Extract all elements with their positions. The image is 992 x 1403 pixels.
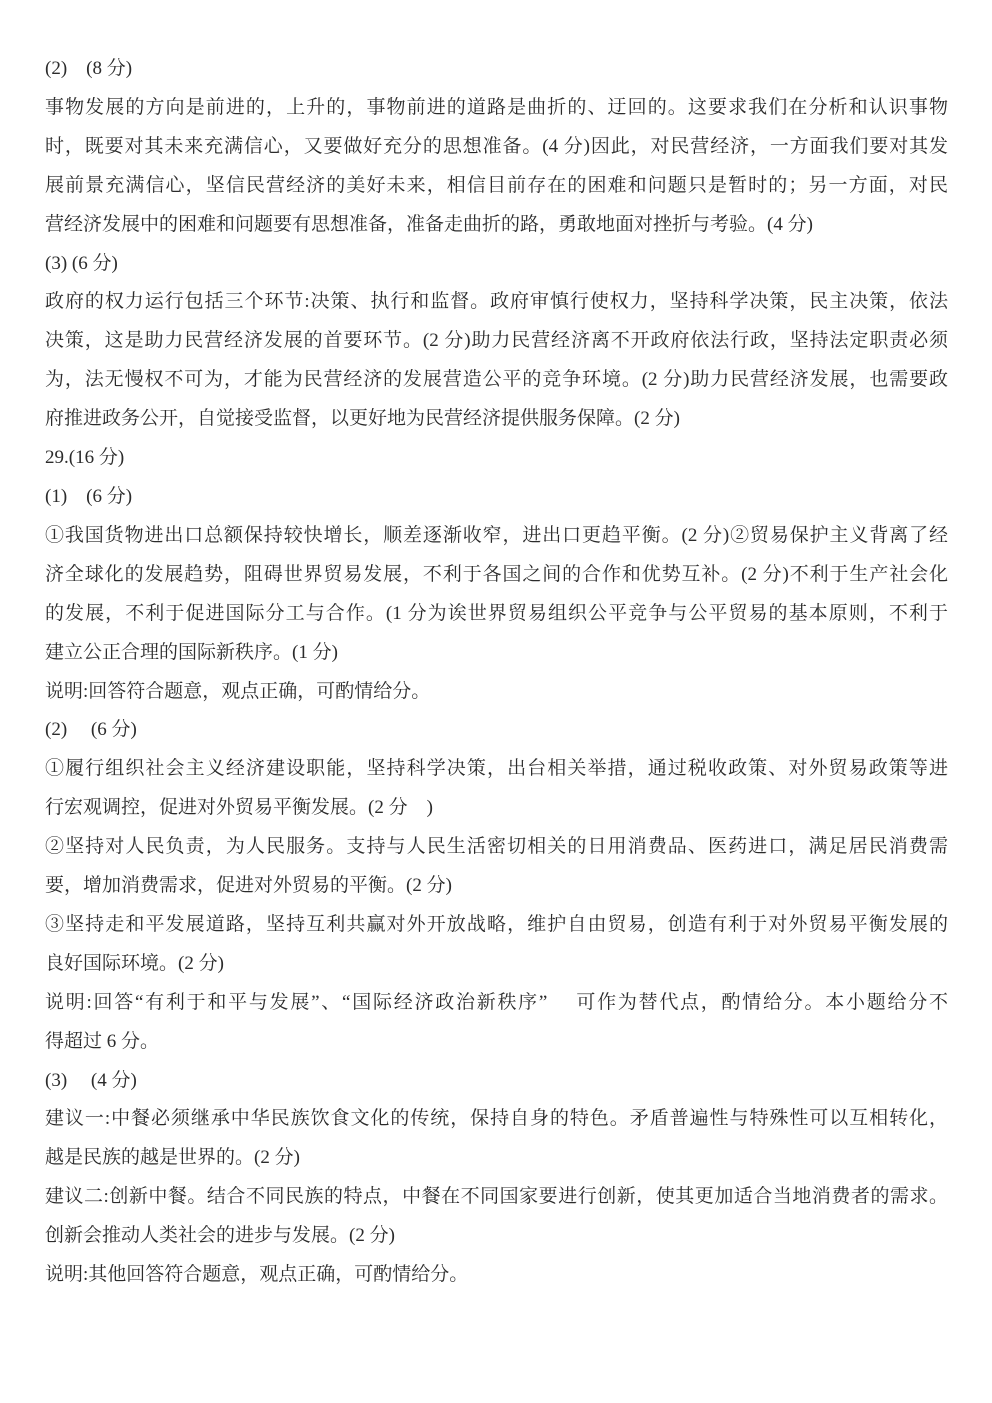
document-line: 的发展，不利于促进国际分工与合作。(1 分为诶世界贸易组织公平竞争与公平贸易的基… bbox=[45, 595, 948, 634]
document-line: 越是民族的越是世界的。(2 分) bbox=[45, 1139, 948, 1178]
document-line: 说明:回答符合题意，观点正确，可酌情给分。 bbox=[45, 673, 948, 712]
document-line: (3) (6 分) bbox=[45, 245, 948, 284]
document-line: ③坚持走和平发展道路，坚持互利共赢对外开放战略，维护自由贸易，创造有利于对外贸易… bbox=[45, 906, 948, 945]
document-line: 事物发展的方向是前进的，上升的，事物前进的道路是曲折的、迂回的。这要求我们在分析… bbox=[45, 89, 948, 128]
document-line: ①我国货物进出口总额保持较快增长，顺差逐渐收窄，进出口更趋平衡。(2 分)②贸易… bbox=[45, 517, 948, 556]
document-line: 得超过 6 分。 bbox=[45, 1023, 948, 1062]
document-line: 行宏观调控，促进对外贸易平衡发展。(2 分 ) bbox=[45, 789, 948, 828]
document-line: 展前景充满信心，坚信民营经济的美好未来，相信目前存在的困难和问题只是暂时的；另一… bbox=[45, 167, 948, 206]
document-line: 政府的权力运行包括三个环节:决策、执行和监督。政府审慎行使权力，坚持科学决策，民… bbox=[45, 283, 948, 322]
document-page: (2) (8 分)事物发展的方向是前进的，上升的，事物前进的道路是曲折的、迂回的… bbox=[45, 50, 948, 1295]
document-line: 说明:回答“有利于和平与发展”、“国际经济政治新秩序” 可作为替代点，酌情给分。… bbox=[45, 984, 948, 1023]
document-line: (1) (6 分) bbox=[45, 478, 948, 517]
document-line: 济全球化的发展趋势，阻碍世界贸易发展，不利于各国之间的合作和优势互补。(2 分)… bbox=[45, 556, 948, 595]
document-line: 良好国际环境。(2 分) bbox=[45, 945, 948, 984]
document-line: 营经济发展中的困难和问题要有思想准备，准备走曲折的路，勇敢地面对挫折与考验。(4… bbox=[45, 206, 948, 245]
document-line: 时，既要对其未来充满信心，又要做好充分的思想准备。(4 分)因此，对民营经济，一… bbox=[45, 128, 948, 167]
document-line: 创新会推动人类社会的进步与发展。(2 分) bbox=[45, 1217, 948, 1256]
document-line: (2) (8 分) bbox=[45, 50, 948, 89]
document-line: 29.(16 分) bbox=[45, 439, 948, 478]
document-line: 建议一:中餐必须继承中华民族饮食文化的传统，保持自身的特色。矛盾普遍性与特殊性可… bbox=[45, 1100, 948, 1139]
document-line: ①履行组织社会主义经济建设职能，坚持科学决策，出台相关举措，通过税收政策、对外贸… bbox=[45, 750, 948, 789]
document-line: (2) (6 分) bbox=[45, 711, 948, 750]
document-line: ②坚持对人民负责，为人民服务。支持与人民生活密切相关的日用消费品、医药进口，满足… bbox=[45, 828, 948, 867]
document-line: 说明:其他回答符合题意，观点正确，可酌情给分。 bbox=[45, 1256, 948, 1295]
document-line: (3) (4 分) bbox=[45, 1062, 948, 1101]
document-line: 建议二:创新中餐。结合不同民族的特点，中餐在不同国家要进行创新，使其更加适合当地… bbox=[45, 1178, 948, 1217]
document-line: 要，增加消费需求，促进对外贸易的平衡。(2 分) bbox=[45, 867, 948, 906]
document-line: 为，法无慢权不可为，才能为民营经济的发展营造公平的竞争环境。(2 分)助力民营经… bbox=[45, 361, 948, 400]
document-line: 决策，这是助力民营经济发展的首要环节。(2 分)助力民营经济离不开政府依法行政，… bbox=[45, 322, 948, 361]
document-line: 府推进政务公开，自觉接受监督，以更好地为民营经济提供服务保障。(2 分) bbox=[45, 400, 948, 439]
document-line: 建立公正合理的国际新秩序。(1 分) bbox=[45, 634, 948, 673]
